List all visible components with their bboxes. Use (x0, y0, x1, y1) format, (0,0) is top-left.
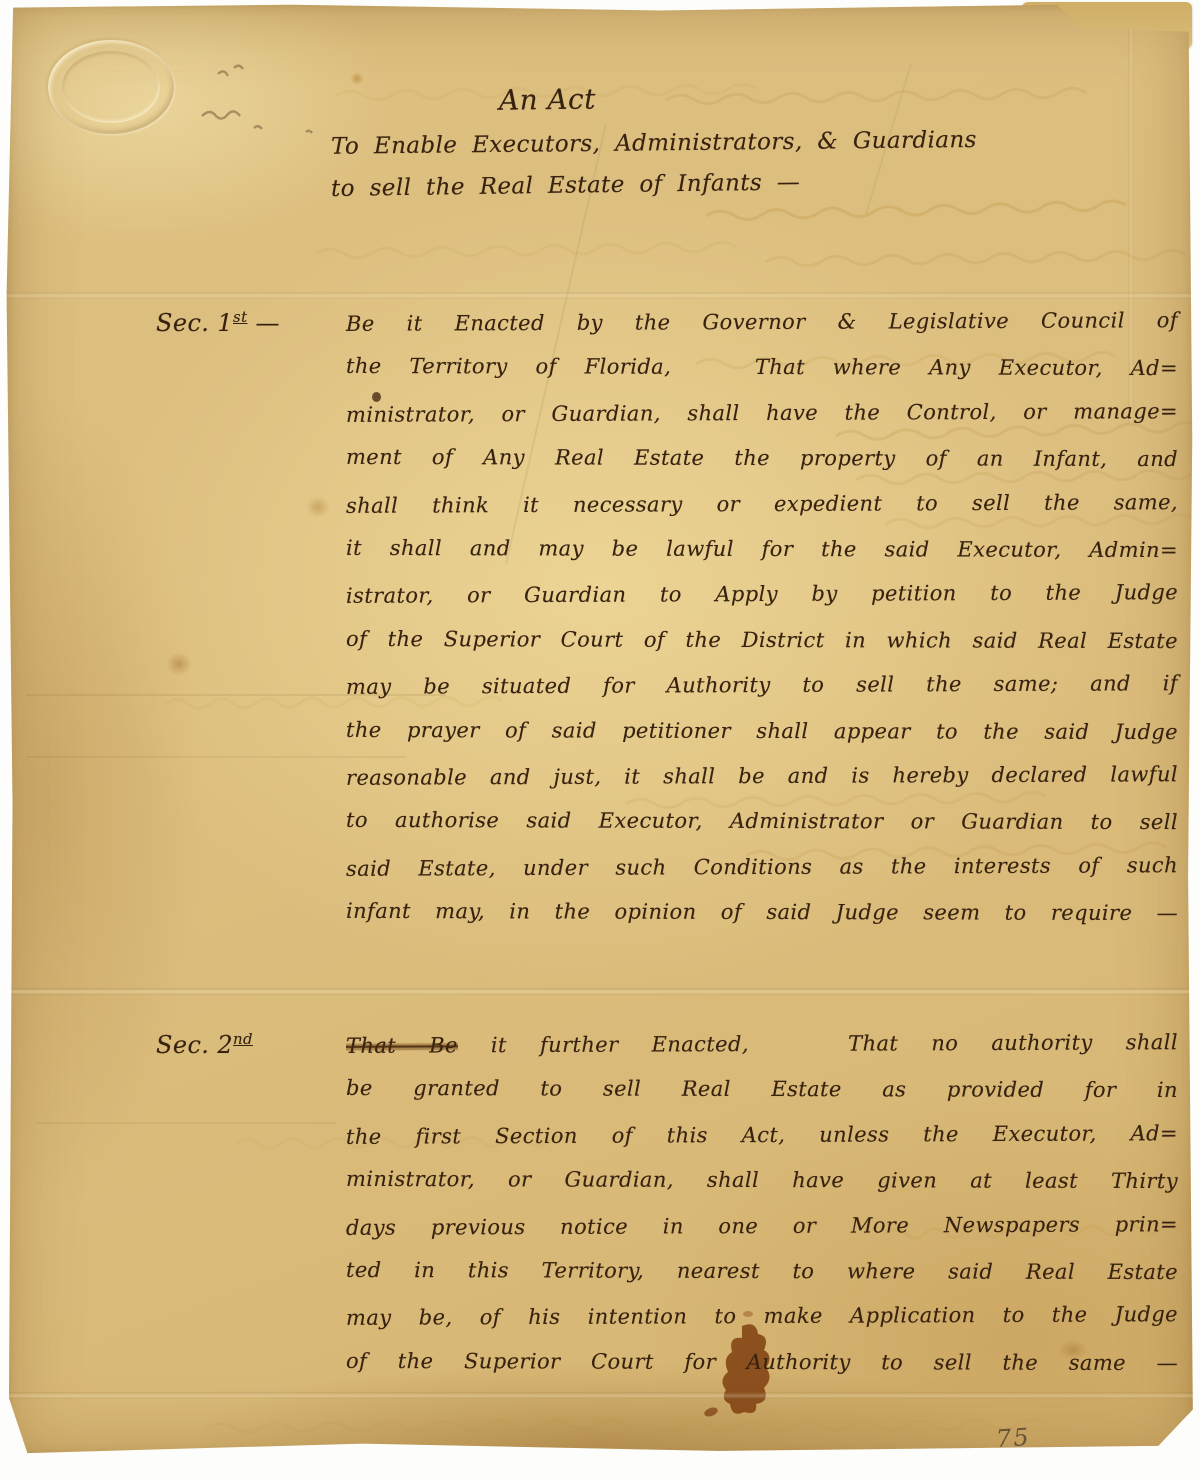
struck-out-text: That Be (346, 1033, 458, 1057)
manuscript-line: may be situated for Authority to sell th… (346, 661, 1178, 710)
manuscript-page: An Act To Enable Executors, Administrato… (6, 4, 1194, 1456)
manuscript-line-rest: it further Enacted, That no authority sh… (458, 1030, 1178, 1057)
section-1-label: Sec. 1st — (156, 308, 280, 337)
manuscript-line: ministrator, or Guardian, shall have the… (346, 389, 1178, 438)
manuscript-line: may be, of his intention to make Applica… (346, 1293, 1178, 1342)
manuscript-line-with-correction: That Be it further Enacted, That no auth… (346, 1020, 1178, 1069)
section-1: Sec. 1st — Be it Enacted by the Governor… (6, 300, 1194, 936)
section-1-body: Be it Enacted by the Governor & Legislat… (346, 300, 1178, 936)
manuscript-line: of the Superior Court for Authority to s… (346, 1339, 1178, 1387)
manuscript-line: ted in this Territory, nearest to where … (346, 1248, 1178, 1296)
manuscript-line: it shall and may be lawful for the said … (346, 526, 1178, 574)
act-subtitle-line-1: To Enable Executors, Administrators, & G… (331, 126, 1041, 159)
manuscript-line: shall think it necessary or expedient to… (346, 480, 1178, 529)
act-title-block: An Act To Enable Executors, Administrato… (331, 80, 1041, 197)
manuscript-line: days previous notice in one or More News… (346, 1202, 1178, 1251)
section-2: Sec. 2nd That Be it further Enacted, Tha… (6, 1022, 1194, 1385)
faint-ink-marks (202, 66, 312, 133)
act-title: An Act (499, 76, 1041, 117)
scan-background: { "page": { "number": "75" }, "colors": … (0, 0, 1200, 1481)
manuscript-line: the Territory of Florida, That where Any… (346, 344, 1178, 392)
section-2-body: That Be it further Enacted, That no auth… (346, 1022, 1178, 1385)
manuscript-line: istrator, or Guardian to Apply by petiti… (346, 571, 1178, 620)
section-2-label: Sec. 2nd (156, 1030, 253, 1059)
fold-crease (6, 988, 1194, 995)
manuscript-line: the prayer of said petitioner shall appe… (346, 708, 1178, 756)
page-number: 75 (995, 1423, 1031, 1453)
manuscript-line: to authorise said Executor, Administrato… (346, 798, 1178, 846)
embossed-seal (48, 40, 174, 134)
manuscript-line: said Estate, under such Conditions as th… (346, 843, 1178, 892)
manuscript-line: ministrator, or Guardian, shall have giv… (346, 1157, 1178, 1205)
fold-crease (6, 1392, 1194, 1399)
manuscript-line: of the Superior Court of the District in… (346, 617, 1178, 665)
manuscript-line: Be it Enacted by the Governor & Legislat… (346, 298, 1178, 347)
manuscript-line: infant may, in the opinion of said Judge… (346, 889, 1178, 937)
manuscript-line: be granted to sell Real Estate as provid… (346, 1066, 1178, 1114)
act-subtitle-line-2: to sell the Real Estate of Infants — (331, 166, 1041, 202)
manuscript-line: the first Section of this Act, unless th… (346, 1111, 1178, 1160)
manuscript-line: reasonable and just, it shall be and is … (346, 752, 1178, 801)
manuscript-line: ment of Any Real Estate the property of … (346, 435, 1178, 483)
embossed-seal-ring (62, 51, 160, 123)
